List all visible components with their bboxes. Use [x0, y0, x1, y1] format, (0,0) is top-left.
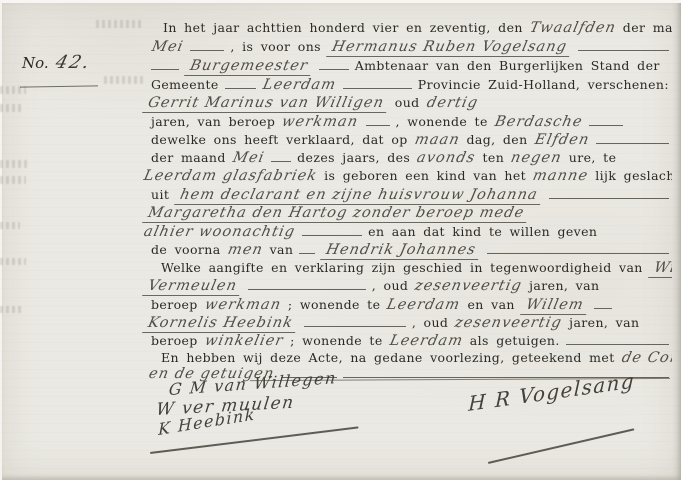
document-line: de voornamenvanHendrik Johannes: [148, 242, 672, 260]
handwritten-text: winkelier: [203, 333, 285, 349]
document-line: Welke aangifte en verklaring zijn geschi…: [158, 260, 672, 278]
document-line: der maandMeidezes jaars, desavondstenneg…: [148, 150, 672, 166]
blank-line: [366, 123, 390, 126]
page-edge-top: [0, 0, 681, 3]
printed-text: is geboren een kind van het: [324, 168, 526, 183]
handwritten-text: Leerdam glasfabriek: [142, 168, 319, 184]
document-line: GemeenteLeerdamProvincie Zuid-Holland, v…: [148, 77, 672, 93]
handwritten-text: Leerdam: [386, 297, 463, 313]
signature-flourish: [488, 428, 634, 463]
handwritten-text: Berdasche: [493, 114, 584, 130]
printed-text: dezes jaars, des: [297, 150, 410, 165]
printed-text: En hebben wij deze Acte, na gedane voorl…: [161, 350, 615, 365]
document-line: jaren, van beroepwerkman, wonende teBerd…: [148, 114, 672, 130]
document-line: uithem declarant en zijne huisvrouw Joha…: [148, 187, 672, 205]
bleedthrough-smudge: [0, 306, 24, 313]
handwritten-text: Hermanus Ruben Vogelsang: [326, 39, 573, 57]
printed-text: , wonende te: [396, 114, 488, 129]
printed-text: ure, te: [569, 150, 617, 165]
printed-text: van: [270, 242, 294, 257]
handwritten-text: Burgemeester: [184, 58, 314, 76]
handwritten-text: Leerdam: [388, 333, 465, 349]
blank-line: [248, 287, 366, 290]
handwritten-text: Vermeulen: [142, 278, 243, 296]
printed-text: jaren, van: [529, 278, 599, 293]
document-line: Margaretha den Hartog zonder beroep mede: [140, 205, 672, 223]
blank-line: [566, 342, 669, 345]
handwritten-text: de Comparant: [620, 350, 672, 366]
handwritten-text: Willem: [520, 297, 589, 315]
printed-text: beroep: [151, 333, 198, 348]
printed-text: dewelke ons heeft verklaard, dat op: [151, 132, 408, 147]
printed-text: Welke aangifte en verklaring zijn geschi…: [161, 260, 643, 275]
handwritten-text: Leerdam: [261, 77, 338, 93]
handwritten-text: Willem: [648, 260, 672, 278]
blank-line: [343, 86, 412, 89]
document-line: Kornelis Heebink, oudzesenveertigjaren, …: [140, 315, 672, 333]
document-line: BurgemeesterAmbtenaar van den Burgerlijk…: [148, 58, 672, 76]
blank-line: [151, 67, 179, 70]
handwritten-text: manne: [531, 168, 590, 184]
handwritten-text: Mei: [231, 150, 266, 166]
printed-text: In het jaar achttien honderd vier en zev…: [163, 20, 523, 35]
scanned-birth-certificate: No. 42. In het jaar achttien honderd vie…: [0, 0, 681, 480]
handwritten-text: men: [226, 242, 264, 258]
document-line: Vermeulen, oudzesenveertigjaren, van: [140, 278, 672, 296]
printed-text: lijk geslacht,: [595, 168, 672, 183]
printed-text: ten: [482, 150, 504, 165]
blank-line: [304, 324, 406, 327]
blank-line: [299, 251, 315, 254]
blank-line: [549, 196, 669, 199]
bleedthrough-smudge: [104, 76, 144, 84]
document-line: Mei, is voor onsHermanus Ruben Vogelsang: [148, 39, 672, 57]
handwritten-text: werkman: [203, 297, 283, 313]
handwritten-text: negen: [509, 150, 563, 166]
act-number: No. 42.: [22, 52, 90, 73]
act-number-value: 42.: [53, 52, 93, 73]
blank-line: [596, 141, 669, 144]
printed-text: Ambtenaar van den Burgerlijken Stand der: [355, 58, 660, 73]
blank-line: [487, 251, 669, 254]
printed-text: als getuigen.: [470, 333, 560, 348]
printed-text: dag, den: [466, 132, 527, 147]
document-line: En hebben wij deze Acte, na gedane voorl…: [158, 350, 672, 366]
printed-text: ; wonende te: [290, 333, 383, 348]
printed-text: Gemeente: [151, 77, 219, 92]
blank-line: [302, 233, 362, 236]
document-line: In het jaar achttien honderd vier en zev…: [160, 20, 672, 36]
blank-line: [271, 159, 291, 162]
document-line: beroepwerkman; wonende teLeerdamen vanWi…: [148, 297, 672, 315]
printed-text: beroep: [151, 297, 198, 312]
document-line: Leerdam glasfabriekis geboren een kind v…: [140, 168, 672, 184]
printed-text: de voorna: [151, 242, 221, 257]
handwritten-text: Kornelis Heebink: [142, 315, 299, 333]
printed-text: , oud: [412, 315, 449, 330]
document-line: alhier woonachtigen aan dat kind te will…: [140, 224, 672, 240]
handwritten-text: avonds: [416, 150, 478, 166]
blank-line: [589, 123, 623, 126]
printed-text: der maand: [151, 150, 226, 165]
handwritten-text: Twaalfden: [528, 20, 617, 36]
bleedthrough-smudge: [0, 160, 30, 168]
printed-text: , oud: [372, 278, 409, 293]
printed-text: uit: [151, 187, 169, 202]
printed-text: , is voor ons: [230, 39, 321, 54]
handwritten-text: Gerrit Marinus van Willigen: [142, 95, 390, 113]
handwritten-text: Elfden: [533, 132, 591, 148]
printed-text: jaren, van beroep: [151, 114, 275, 129]
printed-text: ; wonende te: [288, 297, 381, 312]
handwritten-text: Margaretha den Hartog zonder beroep mede: [142, 205, 530, 223]
blank-line: [319, 67, 349, 70]
document-line: Gerrit Marinus van Willigenouddertig: [140, 95, 672, 113]
bleedthrough-smudge: [0, 258, 26, 265]
handwritten-text: maan: [413, 132, 461, 148]
handwritten-text: werkman: [281, 114, 361, 130]
handwritten-text: hem declarant en zijne huisvrouw Johanna: [174, 187, 543, 205]
blank-line: [225, 86, 256, 89]
document-line: dewelke ons heeft verklaard, dat opmaand…: [148, 132, 672, 148]
blank-line: [578, 48, 669, 51]
handwritten-text: dertig: [425, 95, 480, 111]
handwritten-text: zesenveertig: [414, 278, 524, 294]
printed-text: jaren, van: [569, 315, 639, 330]
handwritten-text: zesenveertig: [454, 315, 564, 331]
bleedthrough-smudge: [0, 222, 20, 229]
printed-text: oud: [395, 95, 420, 110]
bleedthrough-smudge: [0, 176, 26, 184]
printed-text: der maand: [623, 20, 672, 35]
bleedthrough-smudge: [0, 104, 22, 112]
act-number-label: No.: [22, 54, 49, 72]
blank-line: [190, 48, 224, 51]
printed-text: Provincie Zuid-Holland, verschenen:: [418, 77, 669, 92]
bleedthrough-smudge: [96, 20, 142, 28]
act-number-underline: [20, 85, 98, 87]
blank-line: [594, 306, 612, 309]
printed-text: en aan dat kind te willen geven: [368, 224, 597, 239]
handwritten-text: Hendrik Johannes: [320, 242, 481, 260]
printed-text: en van: [467, 297, 514, 312]
handwritten-text: Mei: [150, 39, 185, 55]
document-line: beroepwinkelier; wonende teLeerdamals ge…: [148, 333, 672, 349]
page-edge-left: [0, 0, 2, 480]
handwritten-text: alhier woonachtig: [142, 224, 297, 240]
